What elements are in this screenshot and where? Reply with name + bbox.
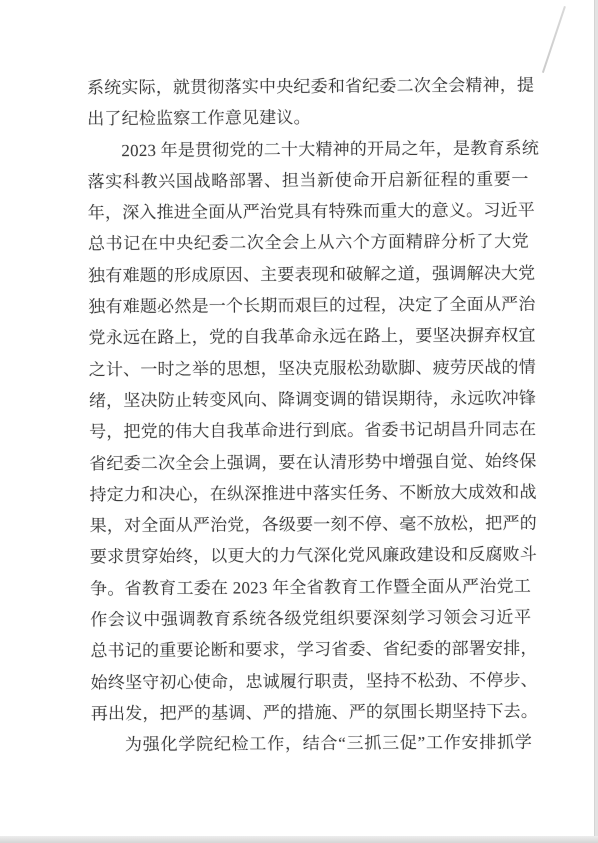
scan-crease-line [542, 6, 566, 73]
scanned-page: 系统实际，就贯彻落实中央纪委和省纪委二次全会精神，提 出了纪检监察工作意见建议。… [0, 0, 598, 843]
text-line: 为强化学院纪检工作，结合“三抓三促”工作安排抓学 [91, 727, 532, 761]
page-right-edge-shadow [594, 0, 598, 843]
text-line: 始终坚守初心使命，忠诚履行职责，坚持不松劲、不停步、 [91, 664, 532, 698]
text-line: 出了纪检监察工作意见建议。 [87, 101, 528, 135]
text-line: 作会议中强调教育系统各级党组织要深刻学习领会习近平 [90, 602, 531, 636]
text-line: 之计、一时之举的思想，坚决克服松劲歇脚、疲劳厌战的情 [89, 351, 530, 385]
document-body: 系统实际，就贯彻落实中央纪委和省纪委二次全会精神，提 出了纪检监察工作意见建议。… [87, 70, 532, 761]
text-line: 绪，坚决防止转变风向、降调变调的错误期待，永远吹冲锋 [89, 383, 530, 417]
text-line: 2023 年是贯彻党的二十大精神的开局之年，是教育系统 [87, 132, 528, 166]
text-line: 总书记的重要论断和要求，学习省委、省纪委的部署安排， [90, 633, 531, 667]
text-line: 落实科教兴国战略部署、担当新使命开启新征程的重要一 [87, 164, 528, 198]
text-line: 党永远在路上，党的自我革命永远在路上，要坚决摒弃权宜 [88, 320, 529, 354]
text-line: 要求贯穿始终，以更大的力气深化党风廉政建设和反腐败斗 [90, 539, 531, 573]
text-line: 再出发，把严的基调、严的措施、严的氛围长期坚持下去。 [91, 696, 532, 730]
text-line: 系统实际，就贯彻落实中央纪委和省纪委二次全会精神，提 [87, 70, 528, 104]
text-line: 果，对全面从严治党，各级要一刻不停、毫不放松，把严的 [90, 508, 531, 542]
text-line: 争。省教育工委在 2023 年全省教育工作暨全面从严治党工 [90, 570, 531, 604]
text-line: 独有难题必然是一个长期而艰巨的过程，决定了全面从严治 [88, 289, 529, 323]
text-line: 省纪委二次全会上强调，要在认清形势中增强自觉、始终保 [89, 445, 530, 479]
text-line: 独有难题的形成原因、主要表现和破解之道，强调解决大党 [88, 257, 529, 291]
text-line: 年，深入推进全面从严治党具有特殊而重大的意义。习近平 [88, 195, 529, 229]
text-line: 总书记在中央纪委二次全会上从六个方面精辟分析了大党 [88, 226, 529, 260]
page-bottom-edge-shadow [0, 836, 598, 843]
text-line: 持定力和决心，在纵深推进中落实任务、不断放大成效和战 [89, 477, 530, 511]
text-line: 号，把党的伟大自我革命进行到底。省委书记胡昌升同志在 [89, 414, 530, 448]
